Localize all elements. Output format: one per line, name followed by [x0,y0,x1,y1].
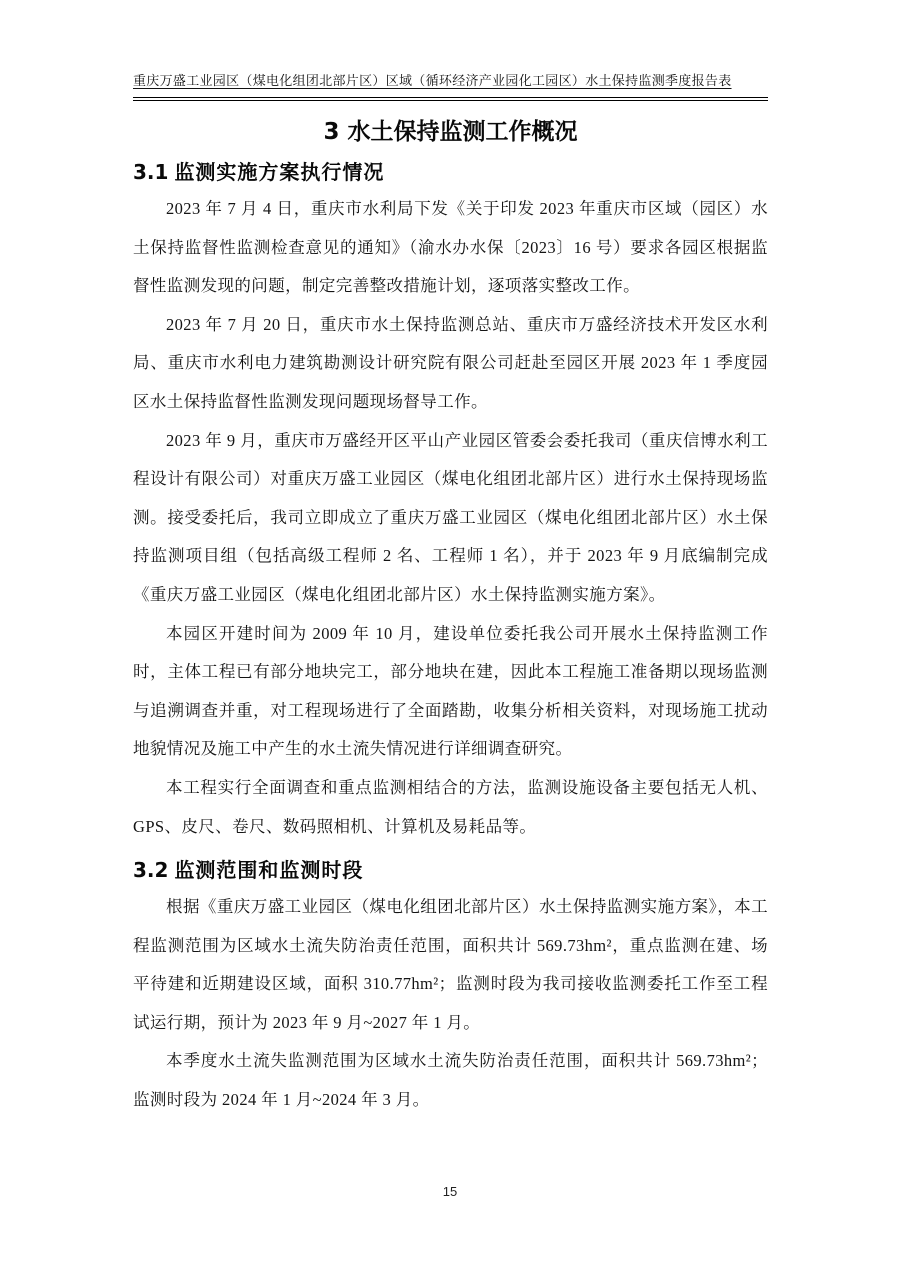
paragraph-3-2-1: 根据《重庆万盛工业园区（煤电化组团北部片区）水土保持监测实施方案》，本工程监测范… [133,888,768,1042]
paragraph-3-1-3: 2023 年 9 月，重庆市万盛经开区平山产业园区管委会委托我司（重庆信博水利工… [133,422,768,615]
chapter-title: 3 水土保持监测工作概况 [133,116,768,148]
section-3-1-number: 3.1 [133,160,168,184]
page-number: 15 [0,1184,900,1199]
page-header: 重庆万盛工业园区（煤电化组团北部片区）区域（循环经济产业园化工园区）水土保持监测… [133,72,768,101]
section-3-2-heading: 3.2监测范围和监测时段 [133,854,768,886]
paragraph-3-1-4: 本园区开建时间为 2009 年 10 月，建设单位委托我公司开展水土保持监测工作… [133,615,768,769]
document-page: 重庆万盛工业园区（煤电化组团北部片区）区域（循环经济产业园化工园区）水土保持监测… [0,0,900,1273]
paragraph-3-1-1: 2023 年 7 月 4 日，重庆市水利局下发《关于印发 2023 年重庆市区域… [133,190,768,306]
page-header-text: 重庆万盛工业园区（煤电化组团北部片区）区域（循环经济产业园化工园区）水土保持监测… [133,73,732,88]
section-3-2-number: 3.2 [133,858,168,882]
section-3-2-title: 监测范围和监测时段 [174,858,363,882]
paragraph-3-1-5: 本工程实行全面调查和重点监测相结合的方法，监测设施设备主要包括无人机、GPS、皮… [133,769,768,846]
section-3-1-title: 监测实施方案执行情况 [174,160,384,184]
paragraph-3-1-2: 2023 年 7 月 20 日，重庆市水土保持监测总站、重庆市万盛经济技术开发区… [133,306,768,422]
paragraph-3-2-2: 本季度水土流失监测范围为区域水土流失防治责任范围，面积共计 569.73hm²；… [133,1042,768,1119]
section-3-1-heading: 3.1监测实施方案执行情况 [133,156,768,188]
